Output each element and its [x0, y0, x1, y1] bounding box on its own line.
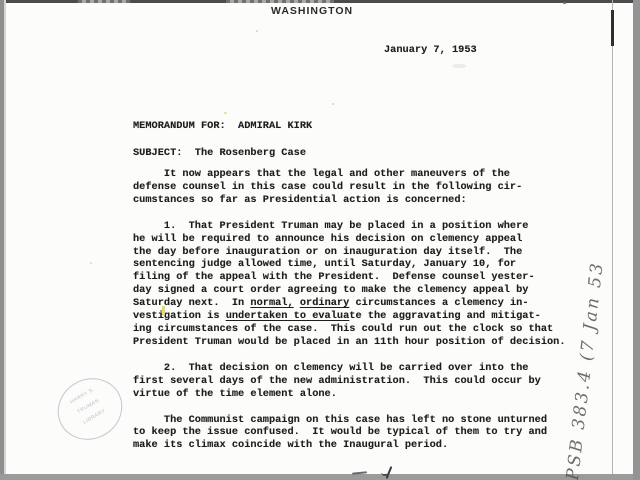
letterhead-city: WASHINGTON — [271, 5, 353, 17]
archive-stamp: HARRY S. TRUMAN LIBRARY — [46, 367, 133, 452]
paper-speck — [563, 2, 566, 4]
subject-line: SUBJECT: The Rosenberg Case — [133, 147, 306, 160]
film-edge-checker — [226, 0, 334, 3]
scan-border-right — [633, 0, 640, 480]
scan-border-bottom — [0, 474, 640, 480]
paragraph-communist-campaign: The Communist campaign on this case has … — [133, 414, 566, 453]
paper-speck — [256, 30, 258, 32]
paper-speck — [224, 112, 227, 114]
margin-note-handwriting: PSB 383.4 (7 Jan 53 — [563, 260, 608, 480]
paragraph-point-1: 1. That President Truman may be placed i… — [133, 220, 566, 349]
paragraph-point-2: 2. That decision on clemency will be car… — [133, 362, 566, 401]
paper-smudge — [452, 64, 466, 68]
scanned-memo-page: WASHINGTON January 7, 1953 MEMORANDUM FO… — [0, 0, 640, 480]
film-edge-checker — [78, 0, 130, 3]
memo-body: It now appears that the legal and other … — [133, 168, 566, 465]
scan-border-left-soft — [4, 0, 6, 480]
yellow-highlight-tick — [162, 306, 165, 315]
date-line: January 7, 1953 — [384, 44, 477, 57]
memorandum-for-line: MEMORANDUM FOR: ADMIRAL KIRK — [133, 120, 312, 133]
page-edge-line — [612, 0, 613, 474]
paper-speck — [90, 262, 92, 264]
scan-border-top — [0, 0, 640, 3]
paragraph-intro: It now appears that the legal and other … — [133, 168, 566, 207]
paper-speck — [332, 103, 334, 105]
page-edge-dark-segment — [611, 10, 614, 46]
